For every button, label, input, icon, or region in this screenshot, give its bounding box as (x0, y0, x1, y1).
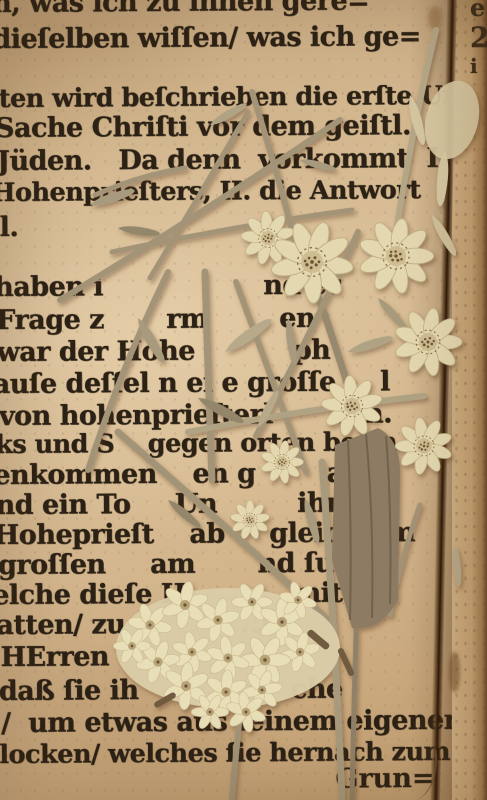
photograph: n, was ich zu ihnen gere= dieſelben wiſſ… (0, 0, 487, 800)
photo-vignette (0, 0, 487, 800)
